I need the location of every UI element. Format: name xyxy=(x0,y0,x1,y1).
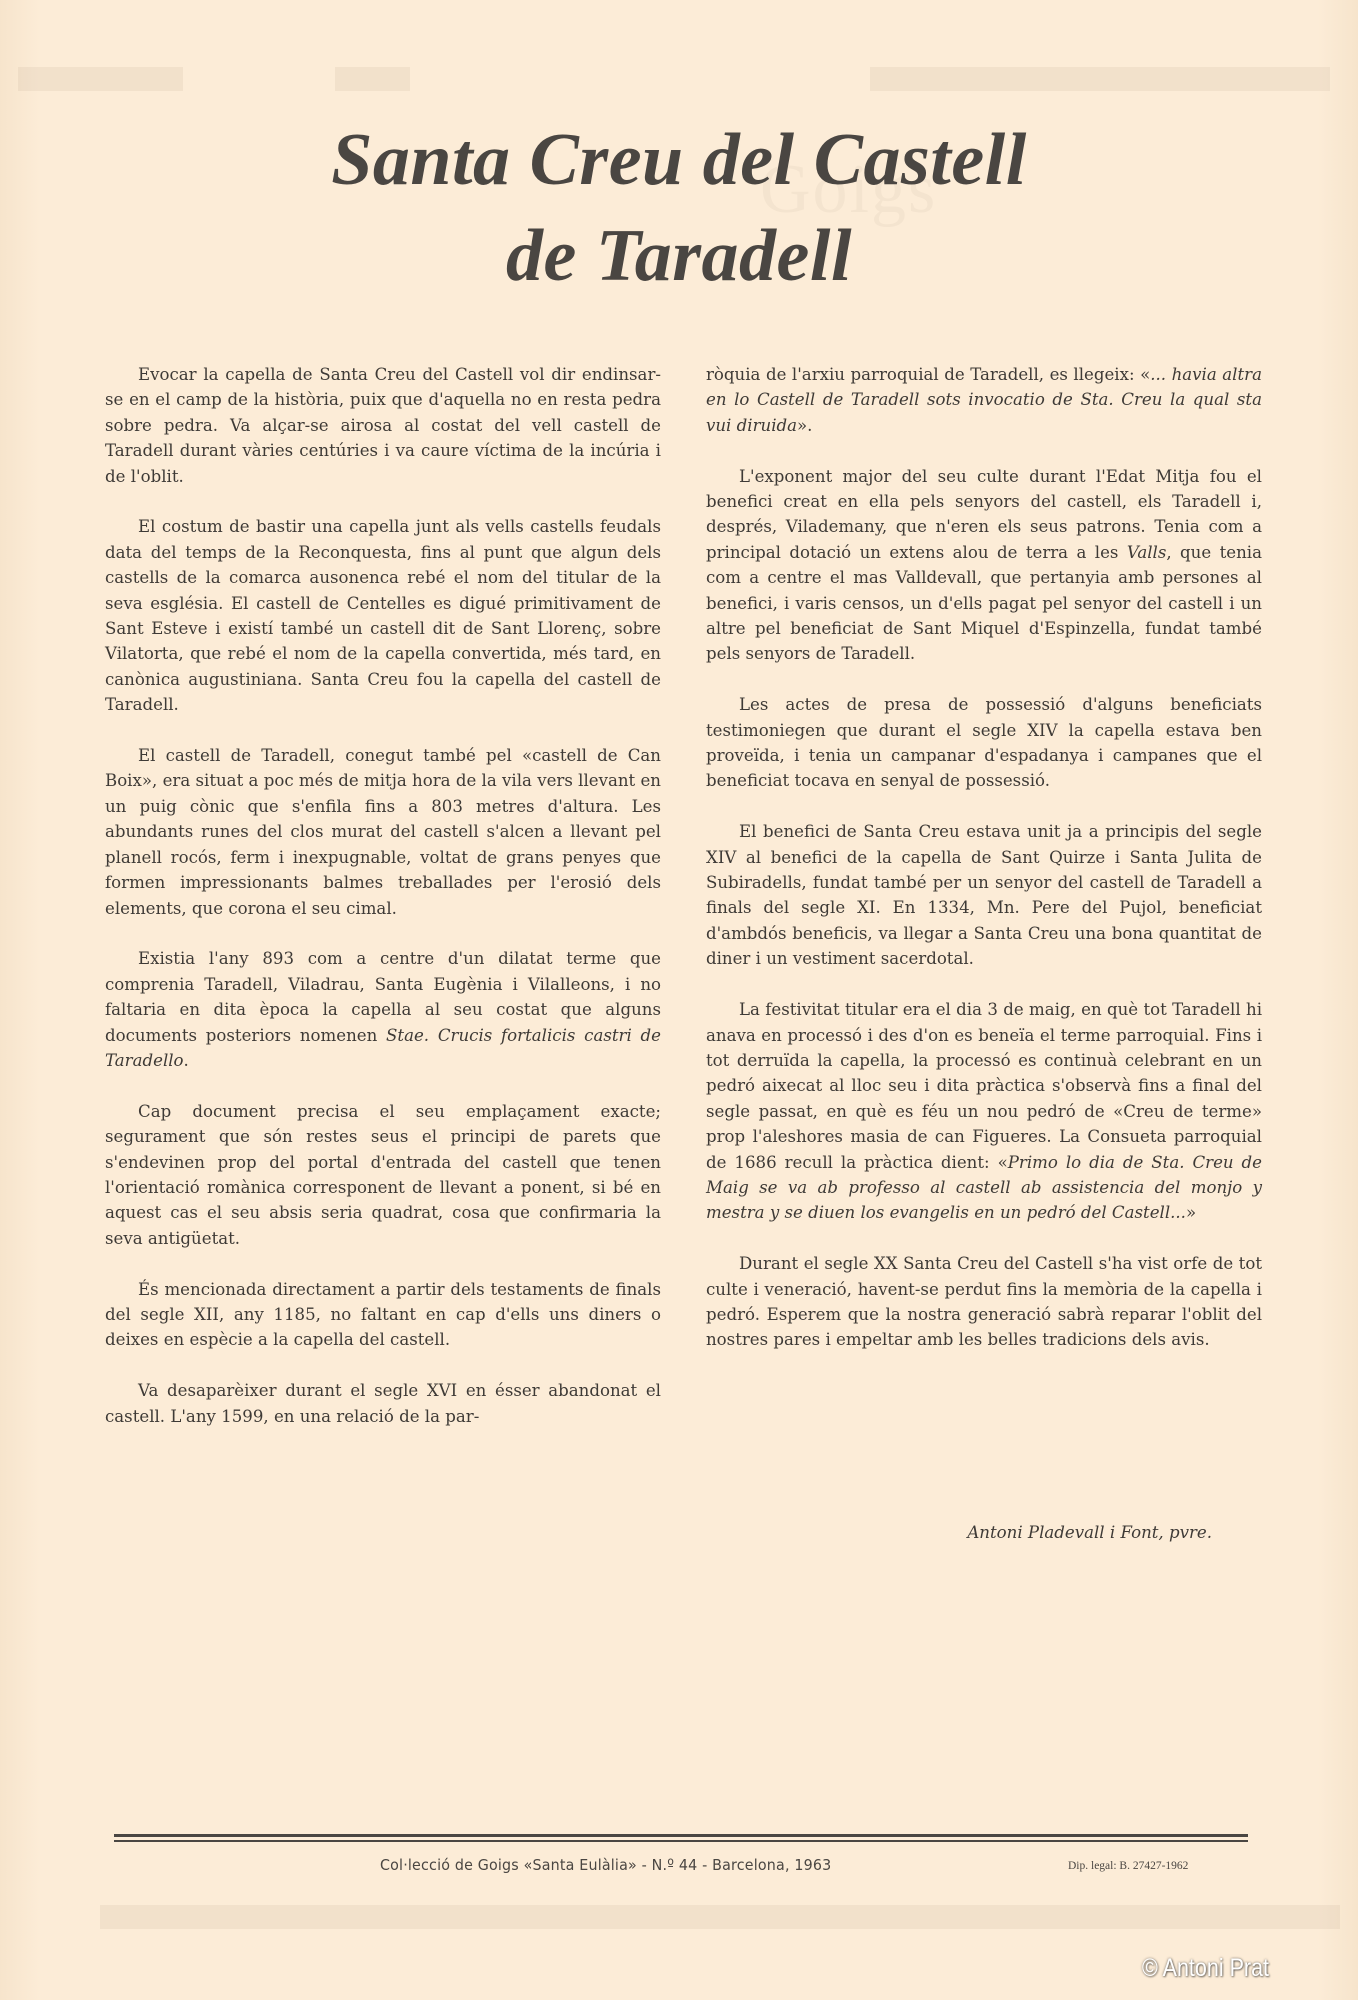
paragraph: Va desaparèixer durant el segle XVI en é… xyxy=(105,1378,661,1429)
paragraph: El castell de Taradell, conegut també pe… xyxy=(105,743,661,921)
paragraph: Cap document precisa el seu emplaçament … xyxy=(105,1099,661,1251)
paragraph: Les actes de presa de possessió d'alguns… xyxy=(706,692,1262,794)
page-title: Santa Creu del Castell de Taradell xyxy=(0,112,1358,304)
document-page: Goigs Santa Creu del Castell de Taradell… xyxy=(0,0,1358,2000)
author-signature: Antoni Pladevall i Font, pvre. xyxy=(967,1523,1212,1542)
right-column: ròquia de l'arxiu parroquial de Taradell… xyxy=(706,362,1262,1378)
paragraph: Durant el segle XX Santa Creu del Castel… xyxy=(706,1251,1262,1353)
paragraph: La festivitat titular era el dia 3 de ma… xyxy=(706,997,1262,1226)
left-column: Evocar la capella de Santa Creu del Cast… xyxy=(105,362,661,1454)
paragraph: El benefici de Santa Creu estava unit ja… xyxy=(706,819,1262,971)
title-line-1: Santa Creu del Castell xyxy=(331,119,1027,201)
show-through-band xyxy=(100,1905,1340,1929)
footer-rule-thick xyxy=(114,1834,1248,1837)
paragraph: El costum de bastir una capella junt als… xyxy=(105,514,661,717)
italic-quote: Valls xyxy=(1127,543,1166,562)
collection-footer: Col·lecció de Goigs «Santa Eulàlia» - N.… xyxy=(380,1856,831,1874)
italic-quote: Primo lo dia de Sta. Creu de Maig se va … xyxy=(706,1153,1262,1223)
legal-deposit: Dip. legal: B. 27427-1962 xyxy=(1068,1860,1188,1872)
italic-quote: ... havia altra en lo Castell de Taradel… xyxy=(706,365,1262,435)
paragraph: L'exponent major del seu culte durant l'… xyxy=(706,464,1262,667)
italic-quote: Stae. Crucis fortalicis castri de Tarade… xyxy=(105,1026,661,1070)
paragraph: Existia l'any 893 com a centre d'un dila… xyxy=(105,946,661,1073)
show-through-band xyxy=(335,67,410,91)
paragraph: ròquia de l'arxiu parroquial de Taradell… xyxy=(706,362,1262,438)
footer-rule-thin xyxy=(114,1840,1248,1842)
title-line-2: de Taradell xyxy=(506,215,852,297)
paragraph: Evocar la capella de Santa Creu del Cast… xyxy=(105,362,661,489)
copyright-watermark: © Antoni Prat xyxy=(1142,1954,1269,1983)
show-through-band xyxy=(870,67,1330,91)
show-through-band xyxy=(18,67,183,91)
paragraph: És mencionada directament a partir dels … xyxy=(105,1277,661,1353)
